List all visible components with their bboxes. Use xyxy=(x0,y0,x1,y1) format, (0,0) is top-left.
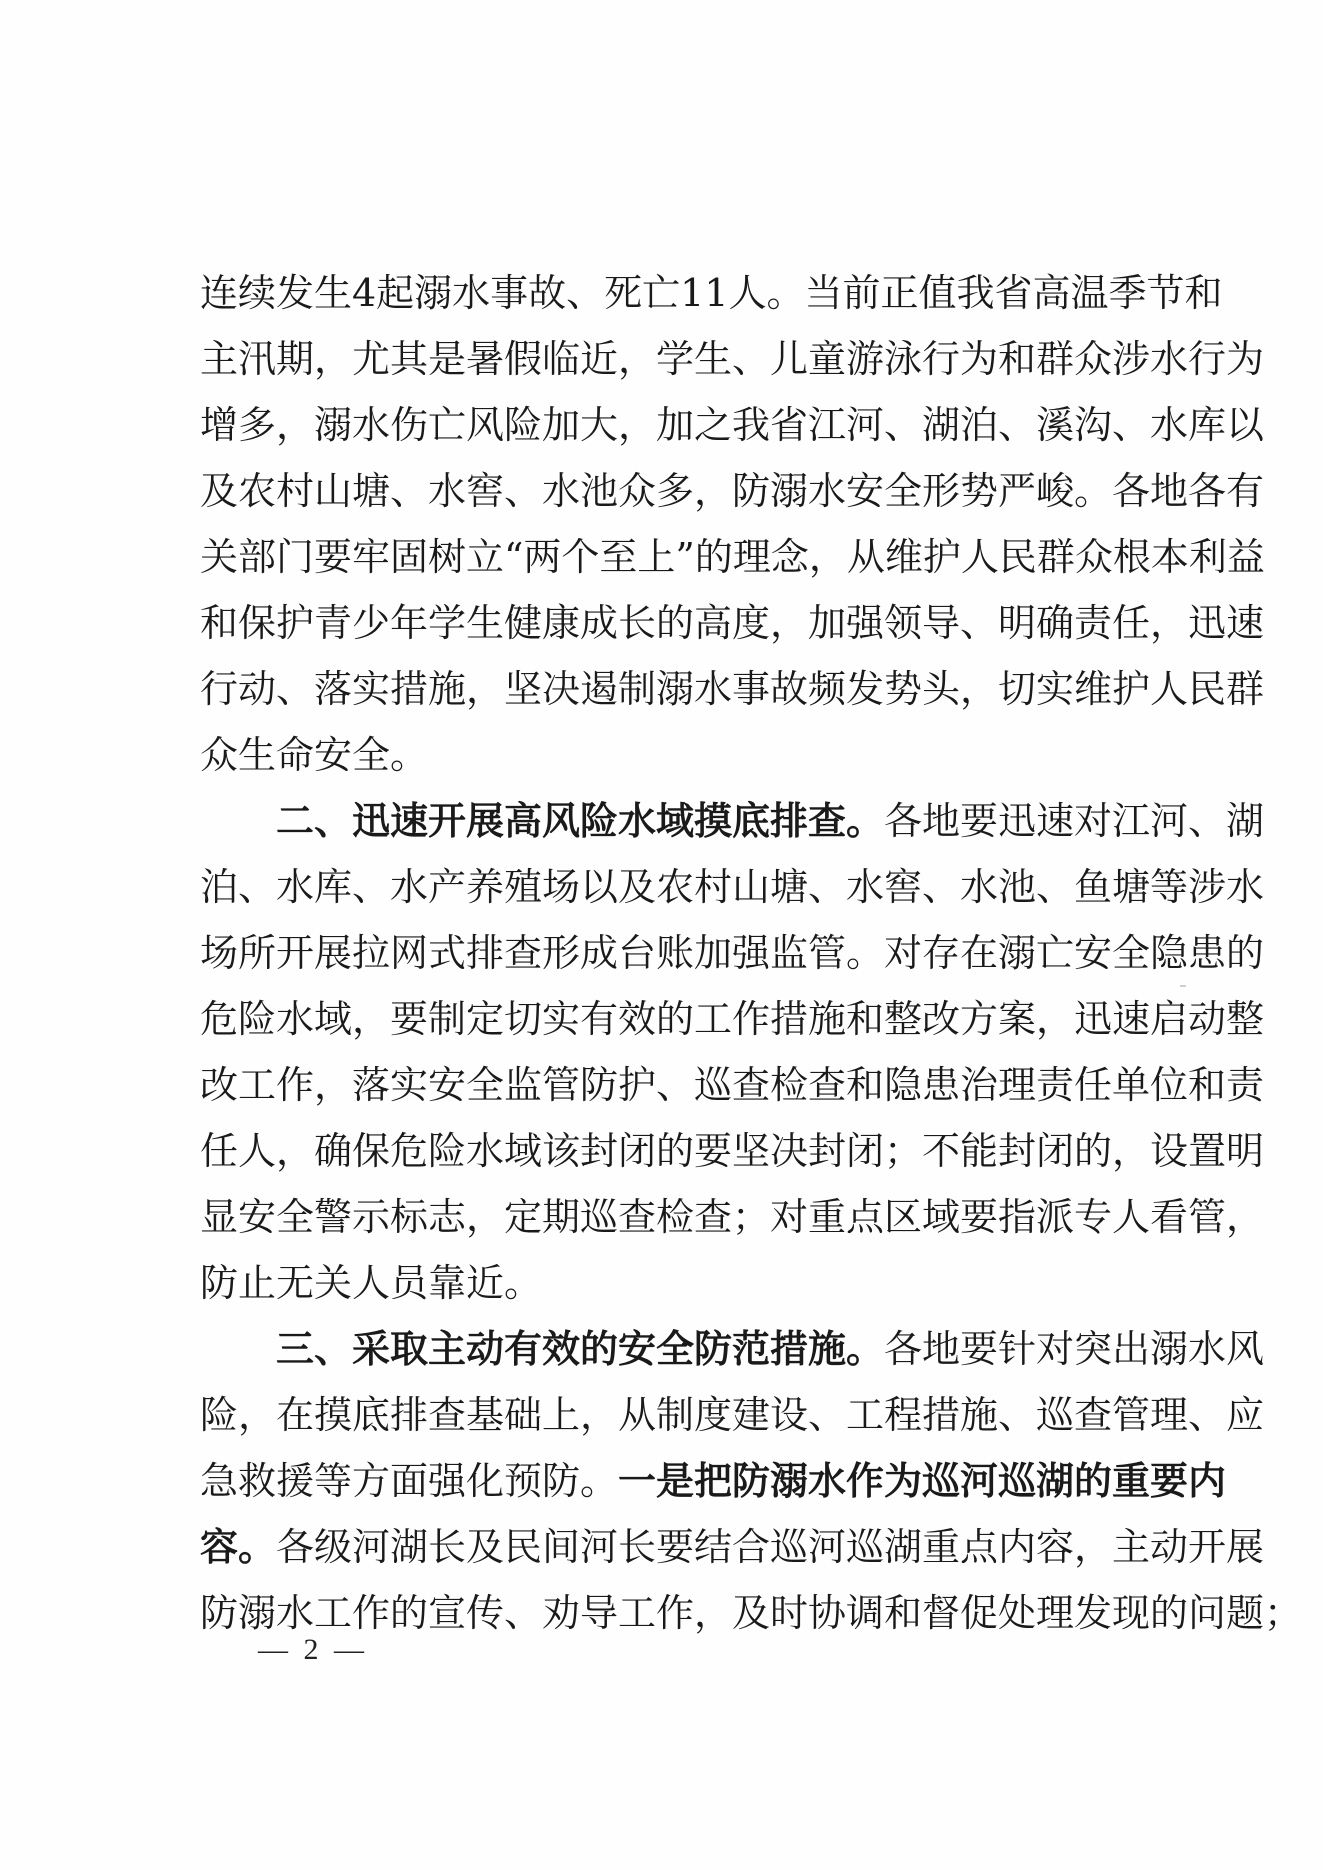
text-line: 危险水域，要制定切实有效的工作措施和整改方案，迅速启动整 xyxy=(200,992,1155,1058)
text-run: 增多，溺水伤亡风险加大，加之我省江河、湖泊、溪沟、水库以 xyxy=(200,403,1264,447)
page-number: — 2 — xyxy=(258,1630,368,1670)
text-line: 主汛期，尤其是暑假临近，学生、儿童游泳行为和群众涉水行为 xyxy=(200,332,1155,398)
text-run: 众生命安全。 xyxy=(200,733,428,777)
document-body: 连续发生4起溺水事故、死亡11人。当前正值我省高温季节和 主汛期，尤其是暑假临近… xyxy=(200,266,1155,1652)
document-page: 连续发生4起溺水事故、死亡11人。当前正值我省高温季节和 主汛期，尤其是暑假临近… xyxy=(0,0,1323,1870)
text-line: 改工作，落实安全监管防护、巡查检查和隐患治理责任单位和责 xyxy=(200,1058,1155,1124)
text-line: 急救援等方面强化预防。一是把防溺水作为巡河巡湖的重要内 xyxy=(200,1454,1155,1520)
text-line: 险，在摸底排查基础上，从制度建设、工程措施、巡查管理、应 xyxy=(200,1388,1155,1454)
text-run: 关部门要牢固树立“两个至上”的理念，从维护人民群众根本利益 xyxy=(200,535,1265,579)
section-heading-line: 二、迅速开展高风险水域摸底排查。各地要迅速对江河、湖 xyxy=(200,794,1155,860)
text-line: 任人，确保危险水域该封闭的要坚决封闭；不能封闭的，设置明 xyxy=(200,1124,1155,1190)
text-run: 场所开展拉网式排查形成台账加强监管。对存在溺亡安全隐患的 xyxy=(200,931,1264,975)
text-run: 险，在摸底排查基础上，从制度建设、工程措施、巡查管理、应 xyxy=(200,1393,1264,1437)
subpoint-heading: 一是把防溺水作为巡河巡湖的重要内 xyxy=(618,1459,1226,1503)
text-line: 容。各级河湖长及民间河长要结合巡河巡湖重点内容，主动开展 xyxy=(200,1520,1155,1586)
text-run: 各地要针对突出溺水风 xyxy=(884,1327,1264,1371)
scan-artifact xyxy=(1180,985,1186,987)
text-run: 主汛期，尤其是暑假临近，学生、儿童游泳行为和群众涉水行为 xyxy=(200,337,1264,381)
text-line: 场所开展拉网式排查形成台账加强监管。对存在溺亡安全隐患的 xyxy=(200,926,1155,992)
text-line: 和保护青少年学生健康成长的高度，加强领导、明确责任，迅速 xyxy=(200,596,1155,662)
text-line: 行动、落实措施，坚决遏制溺水事故频发势头，切实维护人民群 xyxy=(200,662,1155,728)
section-heading: 三、采取主动有效的安全防范措施。 xyxy=(200,1327,884,1371)
text-run: 泊、水库、水产养殖场以及农村山塘、水窖、水池、鱼塘等涉水 xyxy=(200,865,1264,909)
text-run: 连续发生4起溺水事故、死亡11人。当前正值我省高温季节和 xyxy=(200,271,1223,315)
text-line: 显安全警示标志，定期巡查检查；对重点区域要指派专人看管， xyxy=(200,1190,1155,1256)
text-run: 危险水域，要制定切实有效的工作措施和整改方案，迅速启动整 xyxy=(200,997,1264,1041)
text-line: 众生命安全。 xyxy=(200,728,1155,794)
text-run: 及农村山塘、水窖、水池众多，防溺水安全形势严峻。各地各有 xyxy=(200,469,1264,513)
text-run: 改工作，落实安全监管防护、巡查检查和隐患治理责任单位和责 xyxy=(200,1063,1264,1107)
text-run: 防止无关人员靠近。 xyxy=(200,1261,542,1305)
text-run: 任人，确保危险水域该封闭的要坚决封闭；不能封闭的，设置明 xyxy=(200,1129,1264,1173)
text-line: 防止无关人员靠近。 xyxy=(200,1256,1155,1322)
text-run: 行动、落实措施，坚决遏制溺水事故频发势头，切实维护人民群 xyxy=(200,667,1264,711)
text-line: 泊、水库、水产养殖场以及农村山塘、水窖、水池、鱼塘等涉水 xyxy=(200,860,1155,926)
subpoint-heading: 容。 xyxy=(200,1525,276,1569)
text-line: 增多，溺水伤亡风险加大，加之我省江河、湖泊、溪沟、水库以 xyxy=(200,398,1155,464)
section-heading-line: 三、采取主动有效的安全防范措施。各地要针对突出溺水风 xyxy=(200,1322,1155,1388)
text-run: 防溺水工作的宣传、劝导工作，及时协调和督促处理发现的问题； xyxy=(200,1591,1302,1635)
text-run: 各级河湖长及民间河长要结合巡河巡湖重点内容，主动开展 xyxy=(276,1525,1264,1569)
text-line: 连续发生4起溺水事故、死亡11人。当前正值我省高温季节和 xyxy=(200,266,1155,332)
text-line: 及农村山塘、水窖、水池众多，防溺水安全形势严峻。各地各有 xyxy=(200,464,1155,530)
text-run: 显安全警示标志，定期巡查检查；对重点区域要指派专人看管， xyxy=(200,1195,1264,1239)
text-run: 各地要迅速对江河、湖 xyxy=(884,799,1264,843)
text-run: 和保护青少年学生健康成长的高度，加强领导、明确责任，迅速 xyxy=(200,601,1264,645)
text-run: 急救援等方面强化预防。 xyxy=(200,1459,618,1503)
text-line: 关部门要牢固树立“两个至上”的理念，从维护人民群众根本利益 xyxy=(200,530,1155,596)
section-heading: 二、迅速开展高风险水域摸底排查。 xyxy=(200,799,884,843)
